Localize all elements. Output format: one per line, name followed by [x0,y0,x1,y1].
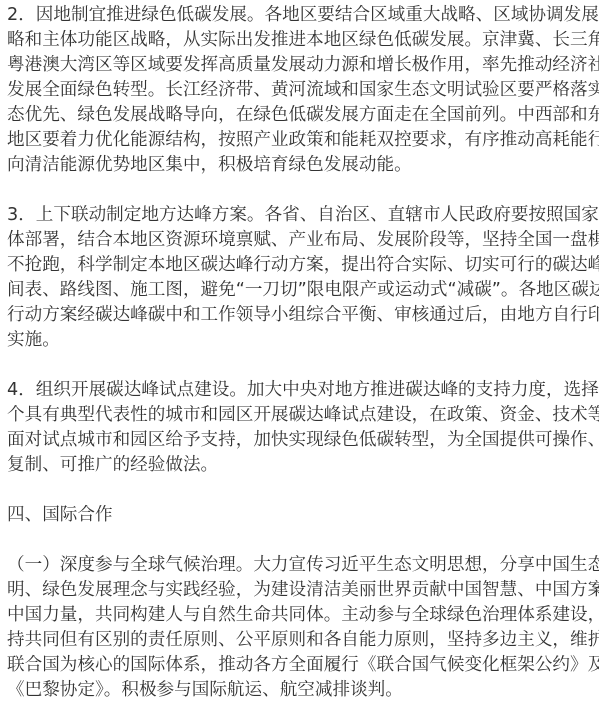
text-line: 发展全面绿色转型。长江经济带、黄河流域和国家生态文明试验区要严格落实生 [7,78,593,103]
text-line: 持共同但有区别的责任原则、公平原则和各自能力原则，坚持多边主义，维护以 [7,628,593,653]
text-line: 3．上下联动制定地方达峰方案。各省、自治区、直辖市人民政府要按照国家总 [7,203,593,228]
section-heading-international-cooperation: 四、国际合作 [7,503,593,528]
text-line: 《巴黎协定》。积极参与国际航运、航空减排谈判。 [7,678,593,703]
text-line: 实施。 [7,328,593,353]
text-line: 间表、路线图、施工图，避免“一刀切”限电限产或运动式“减碳”。各地区碳达峰 [7,278,593,303]
text-line: 复制、可推广的经验做法。 [7,453,593,478]
section-heading: 四、国际合作 [7,503,593,528]
text-line: 不抢跑，科学制定本地区碳达峰行动方案，提出符合实际、切实可行的碳达峰时 [7,253,593,278]
text-line: 行动方案经碳达峰碳中和工作领导小组综合平衡、审核通过后，由地方自行印发 [7,303,593,328]
paragraph-3-local-peak-plans: 3．上下联动制定地方达峰方案。各省、自治区、直辖市人民政府要按照国家总 体部署，… [7,203,593,353]
text-line: 体部署，结合本地区资源环境禀赋、产业布局、发展阶段等，坚持全国一盘棋， [7,228,593,253]
text-line: 态优先、绿色发展战略导向，在绿色低碳发展方面走在全国前列。中西部和东北 [7,103,593,128]
paragraph-2-green-low-carbon: 2．因地制宜推进绿色低碳发展。各地区要结合区域重大战略、区域协调发展战 略和主体… [7,3,593,178]
paragraph-4-pilot-construction: 4．组织开展碳达峰试点建设。加大中央对地方推进碳达峰的支持力度，选择100 个具… [7,378,593,478]
text-line: 略和主体功能区战略，从实际出发推进本地区绿色低碳发展。京津冀、长三角、 [7,28,593,53]
text-line: 明、绿色发展理念与实践经验，为建设清洁美丽世界贡献中国智慧、中国方案、 [7,578,593,603]
text-line: 向清洁能源优势地区集中，积极培育绿色发展动能。 [7,153,593,178]
text-line: 中国力量，共同构建人与自然生命共同体。主动参与全球绿色治理体系建设，坚 [7,603,593,628]
paragraph-intl-climate-governance: （一）深度参与全球气候治理。大力宣传习近平生态文明思想，分享中国生态文 明、绿色… [7,553,593,703]
text-line: 粤港澳大湾区等区域要发挥高质量发展动力源和增长极作用，率先推动经济社会 [7,53,593,78]
document-body: 2．因地制宜推进绿色低碳发展。各地区要结合区域重大战略、区域协调发展战 略和主体… [0,0,599,703]
text-line: （一）深度参与全球气候治理。大力宣传习近平生态文明思想，分享中国生态文 [7,553,593,578]
text-line: 地区要着力优化能源结构，按照产业政策和能耗双控要求，有序推动高耗能行业 [7,128,593,153]
text-line: 4．组织开展碳达峰试点建设。加大中央对地方推进碳达峰的支持力度，选择100 [7,378,593,403]
text-line: 联合国为核心的国际体系，推动各方全面履行《联合国气候变化框架公约》及其 [7,653,593,678]
text-line: 个具有典型代表性的城市和园区开展碳达峰试点建设，在政策、资金、技术等方 [7,403,593,428]
text-line: 面对试点城市和园区给予支持，加快实现绿色低碳转型，为全国提供可操作、可 [7,428,593,453]
text-line: 2．因地制宜推进绿色低碳发展。各地区要结合区域重大战略、区域协调发展战 [7,3,593,28]
